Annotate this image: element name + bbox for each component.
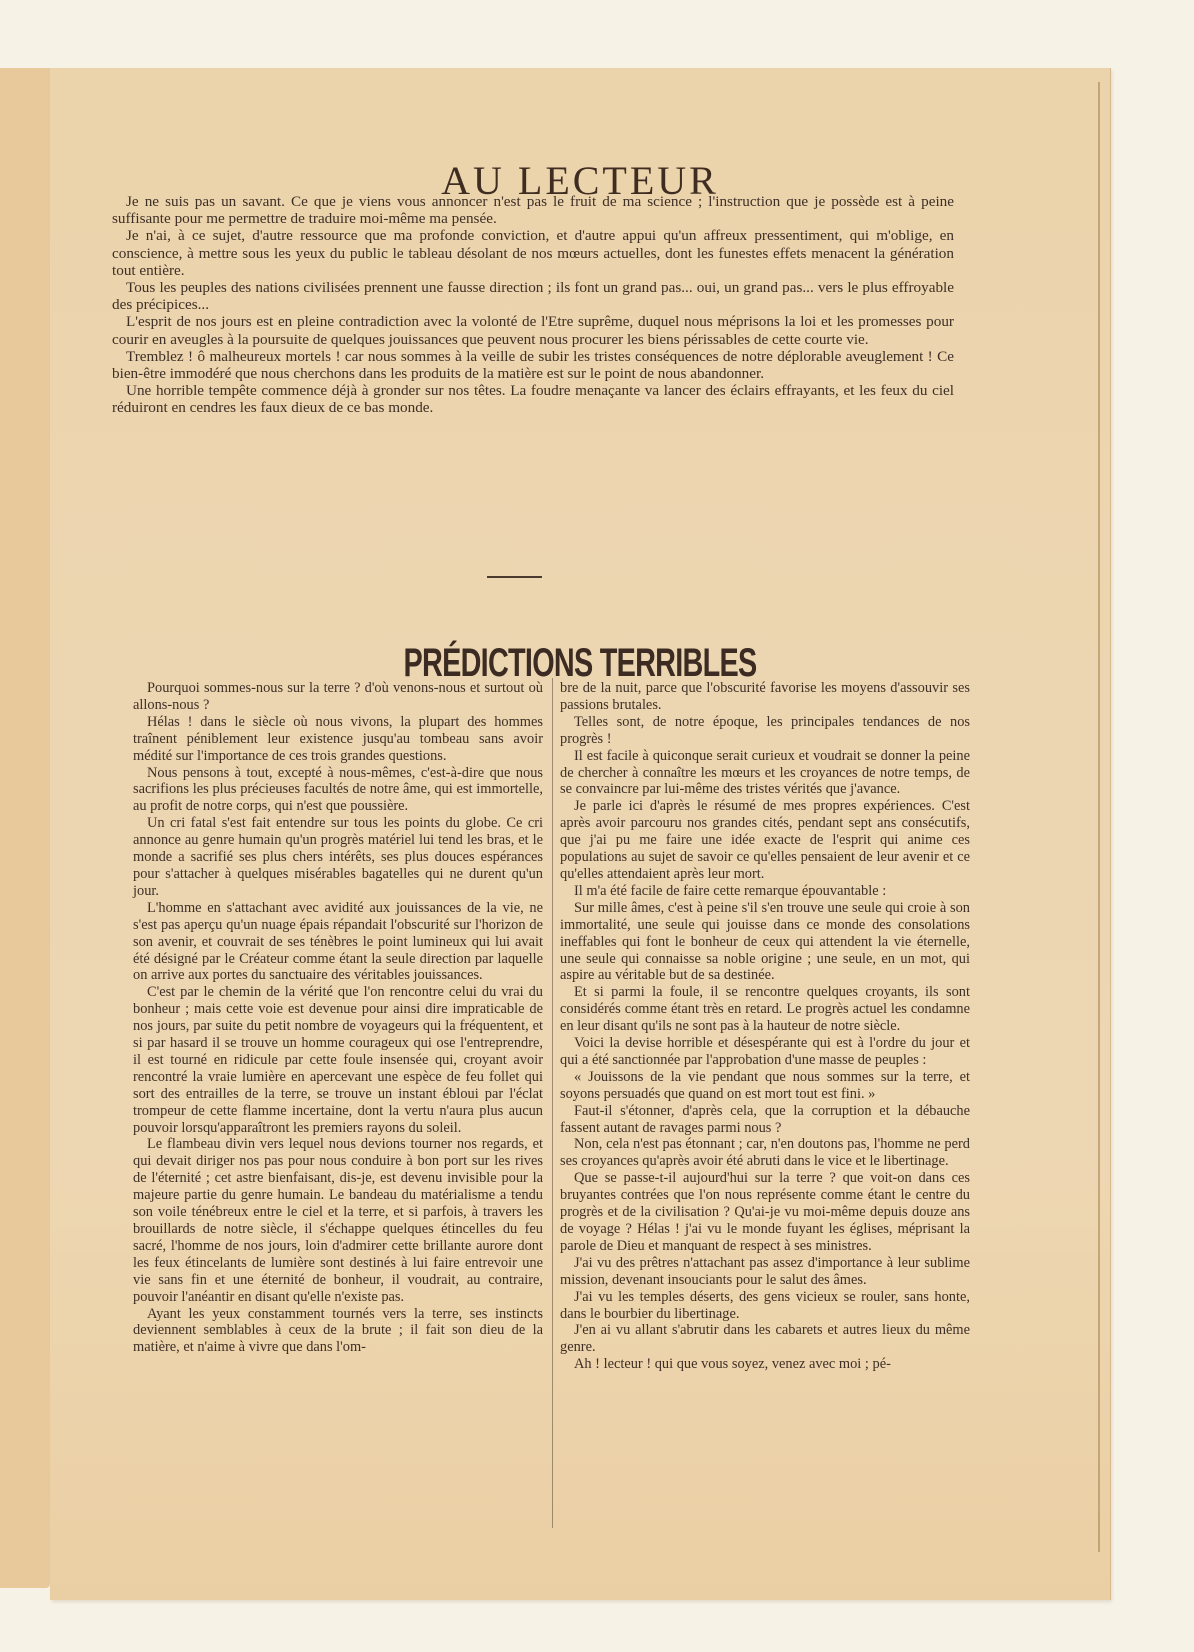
intro-paragraph: L'esprit de nos jours est en pleine cont… [112,313,954,347]
article-paragraph: Faut-il s'étonner, d'après cela, que la … [560,1103,970,1137]
article-paragraph: « Jouissons de la vie pendant que nous s… [560,1069,970,1103]
article-paragraph: Telles sont, de notre époque, les princi… [560,714,970,748]
article-left-column: Pourquoi sommes-nous sur la terre ? d'où… [133,680,543,1356]
article-paragraph: Hélas ! dans le siècle où nous vivons, l… [133,714,543,765]
article-paragraph: Je parle ici d'après le résumé de mes pr… [560,798,970,883]
article-paragraph: Voici la devise horrible et désespérante… [560,1035,970,1069]
article-right-column: bre de la nuit, parce que l'obscurité fa… [560,680,970,1373]
article-paragraph: Ah ! lecteur ! qui que vous soyez, venez… [560,1356,970,1373]
article-paragraph: L'homme en s'attachant avec avidité aux … [133,900,543,985]
intro-paragraph: Tous les peuples des nations civilisées … [112,279,954,313]
article-paragraph: C'est par le chemin de la vérité que l'o… [133,984,543,1136]
article-paragraph: Le flambeau divin vers lequel nous devio… [133,1136,543,1305]
article-paragraph: Il m'a été facile de faire cette remarqu… [560,883,970,900]
article-paragraph: Nous pensons à tout, excepté à nous-même… [133,765,543,816]
intro-paragraph: Tremblez ! ô malheureux mortels ! car no… [112,348,954,382]
facing-page-edge [0,68,50,1588]
article-paragraph: J'ai vu des prêtres n'attachant pas asse… [560,1255,970,1289]
intro-paragraph: Je n'ai, à ce sujet, d'autre ressource q… [112,227,954,279]
intro-paragraph: Une horrible tempête commence déjà à gro… [112,382,954,416]
article-paragraph: Pourquoi sommes-nous sur la terre ? d'où… [133,680,543,714]
column-separator [552,678,553,1528]
article-paragraph: Il est facile à quiconque serait curieux… [560,748,970,799]
intro-text: Je ne suis pas un savant. Ce que je vien… [112,193,954,417]
section-divider [487,576,542,578]
article-paragraph: J'ai vu les temples déserts, des gens vi… [560,1289,970,1323]
article-paragraph: bre de la nuit, parce que l'obscurité fa… [560,680,970,714]
article-paragraph: Ayant les yeux constamment tournés vers … [133,1306,543,1357]
document-page: AU LECTEUR Je ne suis pas un savant. Ce … [50,68,1110,1600]
page-border-line [1098,82,1100,1552]
article-paragraph: Que se passe-t-il aujourd'hui sur la ter… [560,1170,970,1255]
article-paragraph: Sur mille âmes, c'est à peine s'il s'en … [560,900,970,985]
article-paragraph: J'en ai vu allant s'abrutir dans les cab… [560,1322,970,1356]
article-paragraph: Non, cela n'est pas étonnant ; car, n'en… [560,1136,970,1170]
intro-paragraph: Je ne suis pas un savant. Ce que je vien… [112,193,954,227]
article-paragraph: Et si parmi la foule, il se rencontre qu… [560,984,970,1035]
article-paragraph: Un cri fatal s'est fait entendre sur tou… [133,815,543,900]
